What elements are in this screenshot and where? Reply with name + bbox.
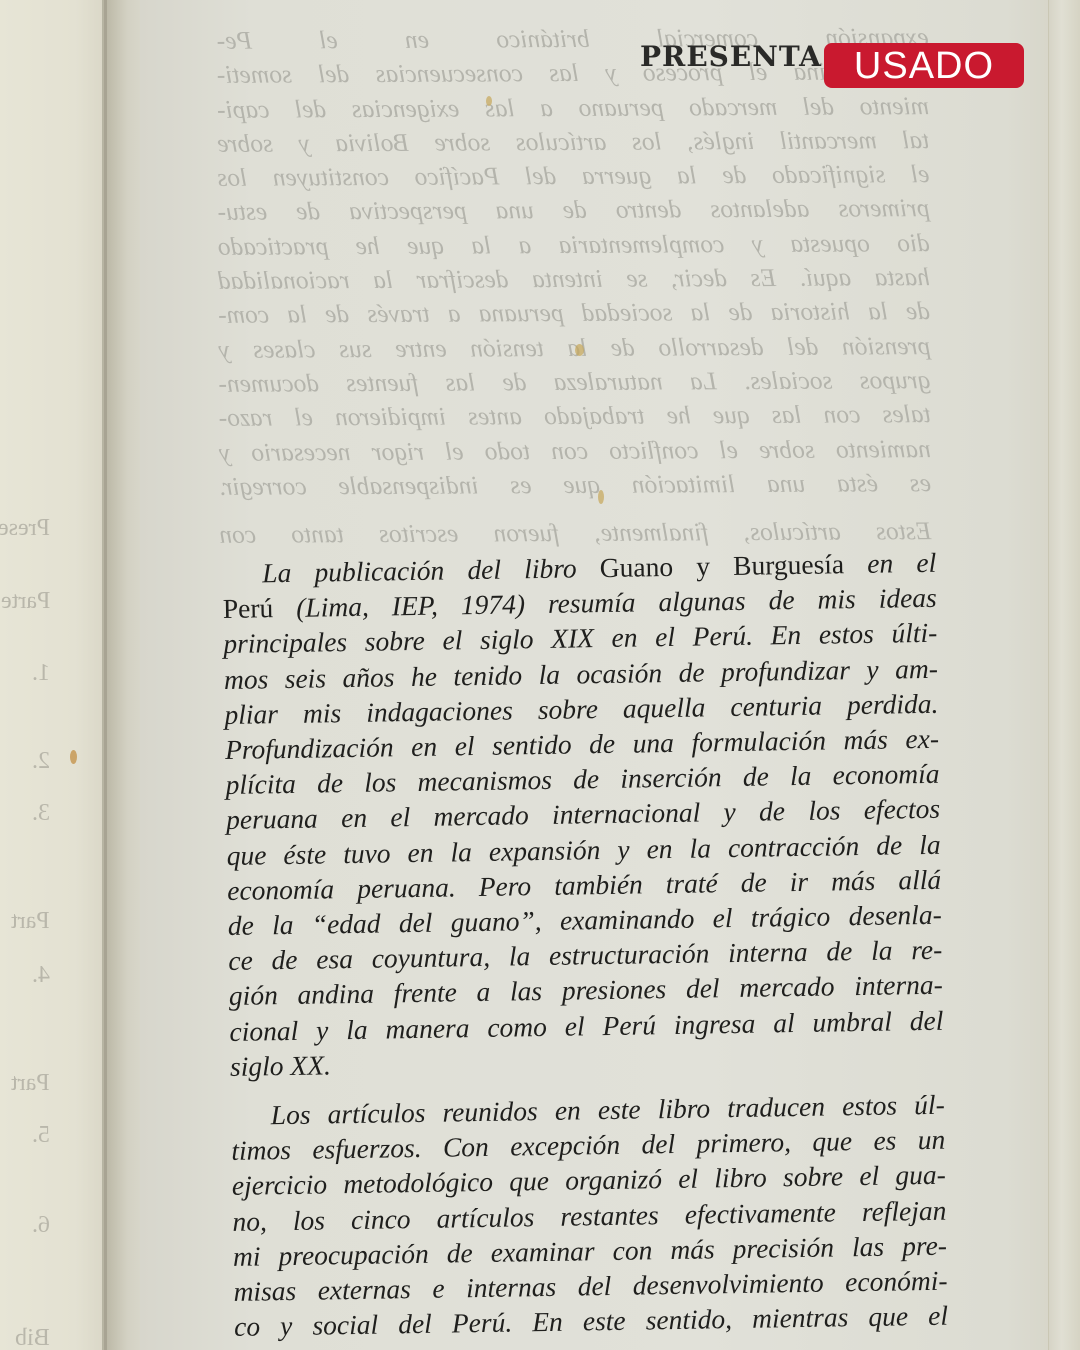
bleed-line: dio opuesta y complementaria a la que he… bbox=[218, 226, 930, 264]
bleed-line: tales con las que he trabajado antes imp… bbox=[219, 397, 931, 435]
paper-spot bbox=[486, 96, 492, 106]
toc-bleed-item: 5. bbox=[32, 1122, 50, 1149]
toc-bleed-item: Prese bbox=[0, 515, 50, 542]
toc-bleed-item: 6. bbox=[32, 1212, 50, 1239]
toc-bleed-item: Part bbox=[11, 908, 50, 935]
text-run: La publicación del libro bbox=[262, 552, 600, 588]
bleed-line: grupos sociales. La naturaleza de las fu… bbox=[218, 363, 930, 401]
page-edge bbox=[1048, 0, 1080, 1350]
paper-spot bbox=[598, 490, 604, 504]
bleed-line: de la historia de la sociedad peruana a … bbox=[218, 295, 930, 333]
left-page: PreseParte1.2.3.Part4.Part5.6.Bib bbox=[0, 0, 108, 1350]
bleed-line: ru examina el proceso y las consecuencia… bbox=[217, 54, 929, 92]
gutter-line bbox=[104, 0, 107, 1350]
used-badge: USADO bbox=[824, 43, 1024, 88]
bleed-line: hasta aquí. Es decir, se intenta descifr… bbox=[218, 260, 930, 298]
bleed-through-text: expansión comercial británico en el Pe-r… bbox=[217, 20, 932, 552]
badge-label: USADO bbox=[854, 47, 994, 85]
toc-bleed-item: Part bbox=[11, 1070, 50, 1097]
body-text: La publicación del libro Guano y Burgues… bbox=[222, 545, 948, 1345]
bleed-line: namiento sobre el conflicto con todo el … bbox=[219, 432, 931, 470]
bleed-line: el significado de la guerra del Pacífico… bbox=[217, 157, 929, 195]
bleed-line: tal mercantil inglés, los artículos sobr… bbox=[217, 123, 929, 161]
toc-bleed-item: Parte bbox=[1, 588, 50, 615]
toc-bleed-item: 3. bbox=[32, 800, 50, 827]
bleed-line: es ésta una limitación que es indispensa… bbox=[219, 466, 931, 504]
toc-bleed-item: Bib bbox=[15, 1325, 50, 1350]
text-run: Guano y Burguesía bbox=[600, 548, 845, 583]
toc-bleed-item: 4. bbox=[32, 962, 50, 989]
paper-spot bbox=[575, 344, 584, 356]
bleed-line: miento del mercado peruano a las exigenc… bbox=[217, 89, 929, 127]
toc-bleed-item: 2. bbox=[32, 748, 50, 775]
text-run: Perú bbox=[223, 592, 274, 624]
text-run: siglo XX. bbox=[230, 1049, 331, 1082]
page-header-title: PRESENTA bbox=[640, 40, 822, 73]
bleed-line: primeros adelantos dentro de una perspec… bbox=[218, 192, 930, 230]
paper-spot bbox=[70, 750, 77, 764]
text-run: en el bbox=[844, 547, 937, 579]
toc-bleed-item: 1. bbox=[32, 660, 50, 687]
